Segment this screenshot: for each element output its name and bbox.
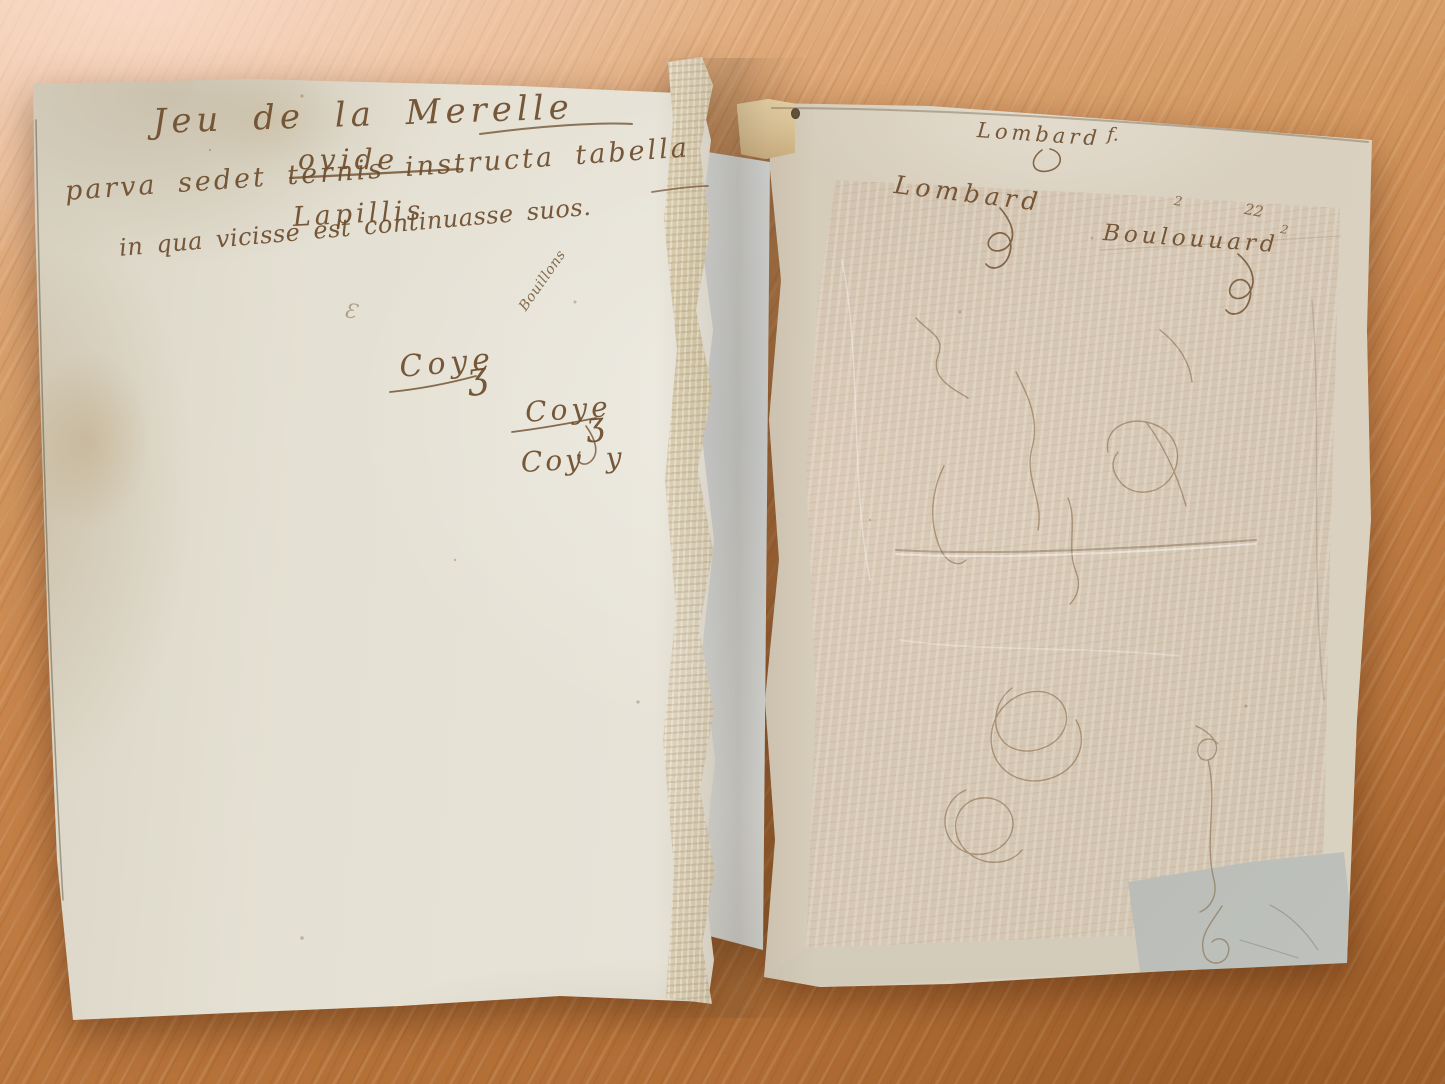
small-mark-2: 22 bbox=[1243, 200, 1265, 221]
photo-of-open-manuscript: Jeu de la Merelle ovide parva sedet tern… bbox=[0, 0, 1445, 1084]
wormhole bbox=[791, 108, 800, 119]
open-manuscript-book: Jeu de la Merelle ovide parva sedet tern… bbox=[0, 0, 1445, 1084]
name-coy-y: Coy y bbox=[520, 441, 625, 479]
inscription-lombard-suffix: f. bbox=[1107, 124, 1120, 146]
coye-2-flourish: ʒ bbox=[584, 404, 606, 444]
spine-paper-tab bbox=[736, 98, 797, 161]
